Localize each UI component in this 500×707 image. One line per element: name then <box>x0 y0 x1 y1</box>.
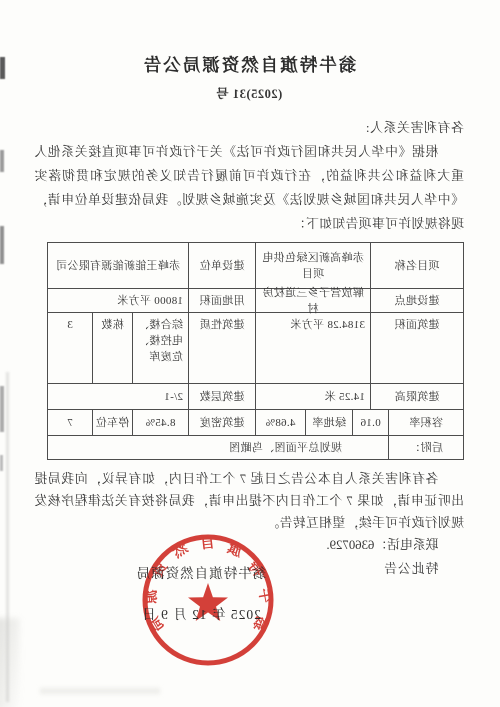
table-row: 建设地点 解放营子乡三道杖房村 用地面积 18000 平方米 <box>48 289 463 313</box>
table-cell-label: 建设单位 <box>188 243 255 288</box>
table-cell-label: 建设地点 <box>370 289 463 312</box>
table-row: 容积率 0.16 绿地率 4.68% 建筑密度 8.45% 停车位 7 <box>48 410 463 436</box>
table-cell-label: 建筑面积 <box>370 313 463 383</box>
page-title: 翁牛特旗自然资源局公告 <box>34 52 464 77</box>
table-row: 建筑面积 3184.28 平方米 建筑性质 综合楼、电控楼、危废库 栋数 3 <box>48 313 463 384</box>
table-row: 项目名称 赤峰高新区绿色供电项目 建设单位 赤峰王能新能源有限公司 <box>48 243 463 289</box>
body-paragraph-1: 根据《中华人民共和国行政许可法》关于行政许可事项直接关系他人重大利益和公共利益的… <box>34 140 464 236</box>
table-cell-label: 建筑限高 <box>370 384 463 409</box>
table-cell-label: 停车位 <box>92 410 132 435</box>
table-cell-value: 赤峰王能新能源有限公司 <box>48 243 188 288</box>
table-cell-value: 3184.28 平方米 <box>255 313 370 383</box>
table-cell-value: 综合楼、电控楼、危废库 <box>132 313 188 383</box>
table-cell-label: 栋数 <box>92 313 132 383</box>
table-row: 后附： 规划总平面图、鸟瞰图 <box>48 436 463 460</box>
table-cell-label: 建筑密度 <box>188 410 255 435</box>
mirrored-document: 翁牛特旗自然资源局公告 (2025)31 号 各有利害关系人: 根据《中华人民共… <box>0 0 500 707</box>
permit-info-table: 项目名称 赤峰高新区绿色供电项目 建设单位 赤峰王能新能源有限公司 建设地点 解… <box>47 242 464 460</box>
table-cell-value: 2/-1 <box>48 384 188 409</box>
table-cell-value: 规划总平面图、鸟瞰图 <box>48 436 388 459</box>
table-cell-label: 建筑性质 <box>188 313 255 383</box>
table-cell-value: 18000 平方米 <box>48 289 188 312</box>
table-cell-value: 14.25 米 <box>255 384 370 409</box>
table-cell-value: 解放营子乡三道杖房村 <box>255 289 370 312</box>
table-cell-value: 赤峰高新区绿色供电项目 <box>255 243 370 288</box>
document-number: (2025)31 号 <box>34 84 464 102</box>
table-cell-label: 用地面积 <box>188 289 255 312</box>
table-cell-label: 后附： <box>388 436 463 459</box>
scanned-document-page: 翁牛特旗自然资源局公告 (2025)31 号 各有利害关系人: 根据《中华人民共… <box>0 0 500 707</box>
table-cell-label: 建筑层数 <box>188 384 255 409</box>
table-cell-value: 8.45% <box>132 410 188 435</box>
table-cell-value: 3 <box>48 313 92 383</box>
table-cell-value: 4.68% <box>255 410 305 435</box>
table-cell-value: 0.16 <box>352 410 388 435</box>
salutation: 各有利害关系人: <box>34 117 464 136</box>
signature-block: 翁牛特旗自然资源局 2025 年 12 月 9 日 <box>110 562 292 623</box>
table-cell-label: 容积率 <box>388 410 463 435</box>
issue-date: 2025 年 12 月 9 日 <box>110 603 292 623</box>
issuer-name: 翁牛特旗自然资源局 <box>110 562 292 582</box>
table-cell-value: 7 <box>48 410 92 435</box>
table-row: 建筑限高 14.25 米 建筑层数 2/-1 <box>48 384 463 410</box>
body-paragraph-2: 各有利害关系人自本公告之日起 7 个工作日内，如有异议，向我局提出听证申请，如果… <box>34 468 464 534</box>
table-cell-label: 绿地率 <box>305 410 352 435</box>
table-cell-label: 项目名称 <box>370 243 463 288</box>
